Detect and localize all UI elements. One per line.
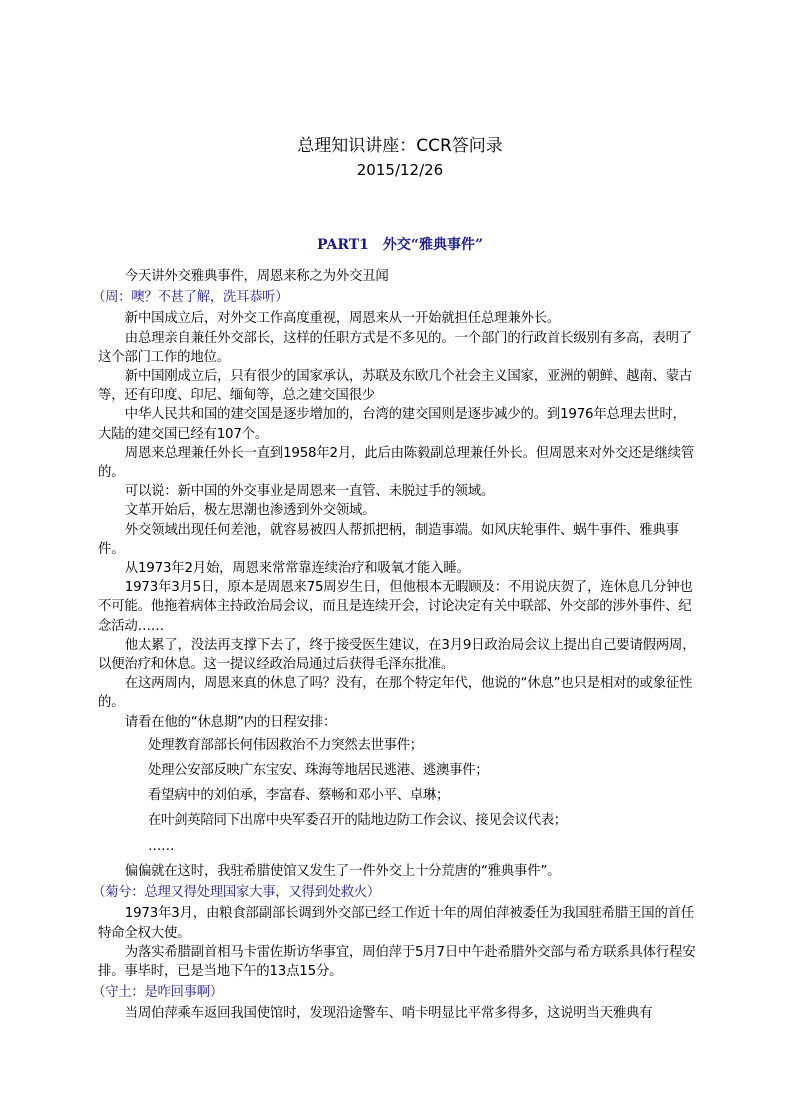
paragraph: 1973年3月，由粮食部副部长调到外交部已经工作近十年的周伯萍被委任为我国驻希腊… <box>98 904 698 942</box>
paragraph: 新中国成立后，对外交工作高度重视，周恩来从一开始就担任总理兼外长。 <box>98 309 698 328</box>
paragraph: 周恩来总理兼任外长一直到1958年2月，此后由陈毅副总理兼任外长。但周恩来对外交… <box>98 444 698 482</box>
document-title: 总理知识讲座：CCR答问录 <box>0 136 800 156</box>
paragraph: 当周伯萍乘车返回我国使馆时，发现沿途警车、哨卡明显比平常多得多，这说明当天雅典有 <box>98 1004 698 1023</box>
paragraph: 可以说：新中国的外交事业是周恩来一直管、未脱过手的领域。 <box>98 482 698 501</box>
paragraph: 为落实希腊副首相马卡雷佐斯访华事宜，周伯萍于5月7日中午赴希腊外交部与希方联系具… <box>98 943 698 981</box>
schedule-item: 看望病中的刘伯承，李富春、蔡畅和邓小平、卓琳； <box>148 786 698 805</box>
paragraph: 请看在他的“休息期”内的日程安排： <box>98 713 698 732</box>
paragraph: 外交领域出现任何差池，就容易被四人帮抓把柄，制造事端。如风庆轮事件、蜗牛事件、雅… <box>98 521 698 559</box>
paragraph: 中华人民共和国的建交国是逐步增加的，台湾的建交国则是逐步减少的。到1976年总理… <box>98 405 698 443</box>
paragraph: 在这两周内，周恩来真的休息了吗？没有，在那个特定年代，他说的“休息”也只是相对的… <box>98 674 698 712</box>
schedule-item: 处理公安部反映广东宝安、珠海等地居民逃港、逃澳事件； <box>148 761 698 780</box>
document-date: 2015/12/26 <box>0 160 800 180</box>
paragraph: 偏偏就在这时，我驻希腊使馆又发生了一件外交上十分荒唐的“雅典事件”。 <box>98 862 698 881</box>
paragraph: 他太累了，没法再支撑下去了，终于接受医生建议，在3月9日政治局会议上提出自己要请… <box>98 636 698 674</box>
comment-note: （周：噢？不甚了解，洗耳恭听） <box>92 288 698 307</box>
comment-note: （守土：是咋回事啊） <box>92 983 698 1002</box>
document-body: 今天讲外交雅典事件，周恩来称之为外交丑闻 （周：噢？不甚了解，洗耳恭听） 新中国… <box>98 267 698 1024</box>
paragraph: 文革开始后，极左思潮也渗透到外交领域。 <box>98 501 698 520</box>
comment-note: （菊兮：总理又得处理国家大事，又得到处救火） <box>92 883 698 902</box>
paragraph: 从1973年2月始，周恩来常常靠连续治疗和吸氧才能入睡。 <box>98 559 698 578</box>
schedule-item: 在叶剑英陪同下出席中央军委召开的陆地边防工作会议、接见会议代表； <box>148 811 698 830</box>
paragraph: 1973年3月5日，原本是周恩来75周岁生日，但他根本无暇顾及：不用说庆贺了，连… <box>98 578 698 636</box>
schedule-item: …… <box>148 837 698 856</box>
schedule-item: 处理教育部部长何伟因救治不力突然去世事件； <box>148 736 698 755</box>
paragraph: 由总理亲自兼任外交部长，这样的任职方式是不多见的。一个部门的行政首长级别有多高，… <box>98 329 698 367</box>
section-heading: PART1 外交“雅典事件” <box>0 236 800 254</box>
paragraph: 新中国刚成立后，只有很少的国家承认，苏联及东欧几个社会主义国家，亚洲的朝鲜、越南… <box>98 367 698 405</box>
paragraph: 今天讲外交雅典事件，周恩来称之为外交丑闻 <box>98 267 698 286</box>
